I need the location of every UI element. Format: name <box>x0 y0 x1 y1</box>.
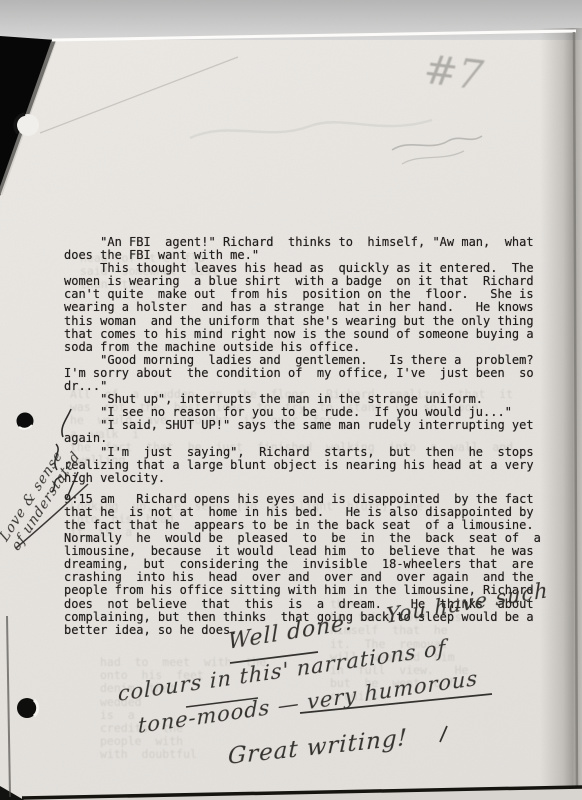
hole-punch-middle <box>17 413 34 430</box>
typed-text: "An FBI agent!" Richard thinks to himsel… <box>64 236 541 637</box>
paper-crease <box>40 57 238 133</box>
page-left-edge-line <box>7 616 10 797</box>
hole-punch-top <box>15 114 39 136</box>
typed-line: "I'm just saying", Richard starts, but t… <box>64 446 541 459</box>
typed-line: that he is not at home in his bed. He is… <box>64 506 541 519</box>
typed-line: "Good morning ladies and gentlemen. Is t… <box>64 354 541 367</box>
hole-punch-bottom <box>17 698 38 718</box>
paragraph: This thought leaves his head as quickly … <box>64 262 541 354</box>
scanner-background <box>0 0 582 40</box>
page-bottom-edge-line <box>22 787 582 798</box>
pencil-scribble <box>402 151 464 164</box>
typed-line: again. <box>64 432 541 445</box>
underlying-sheet <box>22 786 582 800</box>
scanner-black-corner <box>0 36 56 196</box>
page-right-edge-shadow <box>540 28 582 800</box>
typed-line: 9:15 am Richard opens his eyes and is di… <box>64 493 541 506</box>
typed-line: realizing that a large blunt object is n… <box>64 459 541 472</box>
scanned-manuscript-page: head of t e flosaid somewhat dist rthan … <box>0 0 582 800</box>
pencil-scribble <box>392 136 482 150</box>
scanner-black-corner-bottom <box>0 786 24 800</box>
handwritten-note-great-writing: Great writing! <box>228 725 409 770</box>
paragraph: "Good morning ladies and gentlemen. Is t… <box>64 354 541 485</box>
paragraph: 9:15 am Richard opens his eyes and is di… <box>64 493 541 637</box>
typed-line: that comes to his mind right now is the … <box>64 328 541 341</box>
paragraph: "An FBI agent!" Richard thinks to himsel… <box>64 236 541 262</box>
typed-line: high velocity. <box>64 472 541 485</box>
typed-line: "I said, SHUT UP!" says the same man rud… <box>64 419 541 432</box>
typed-line: this woman and the uniform that she's we… <box>64 315 541 328</box>
typed-line: wearing a holster and has a strange hat … <box>64 301 541 314</box>
pencil-page-number: #7 <box>421 47 485 100</box>
page-corner-edge-shade <box>0 41 54 194</box>
typed-line: I'm sorry about the condition of my offi… <box>64 367 541 380</box>
erased-pencil-scribble <box>190 120 432 138</box>
pen-exclamation-tick <box>440 726 447 742</box>
typed-line: soda from the machine outside his office… <box>64 341 541 354</box>
